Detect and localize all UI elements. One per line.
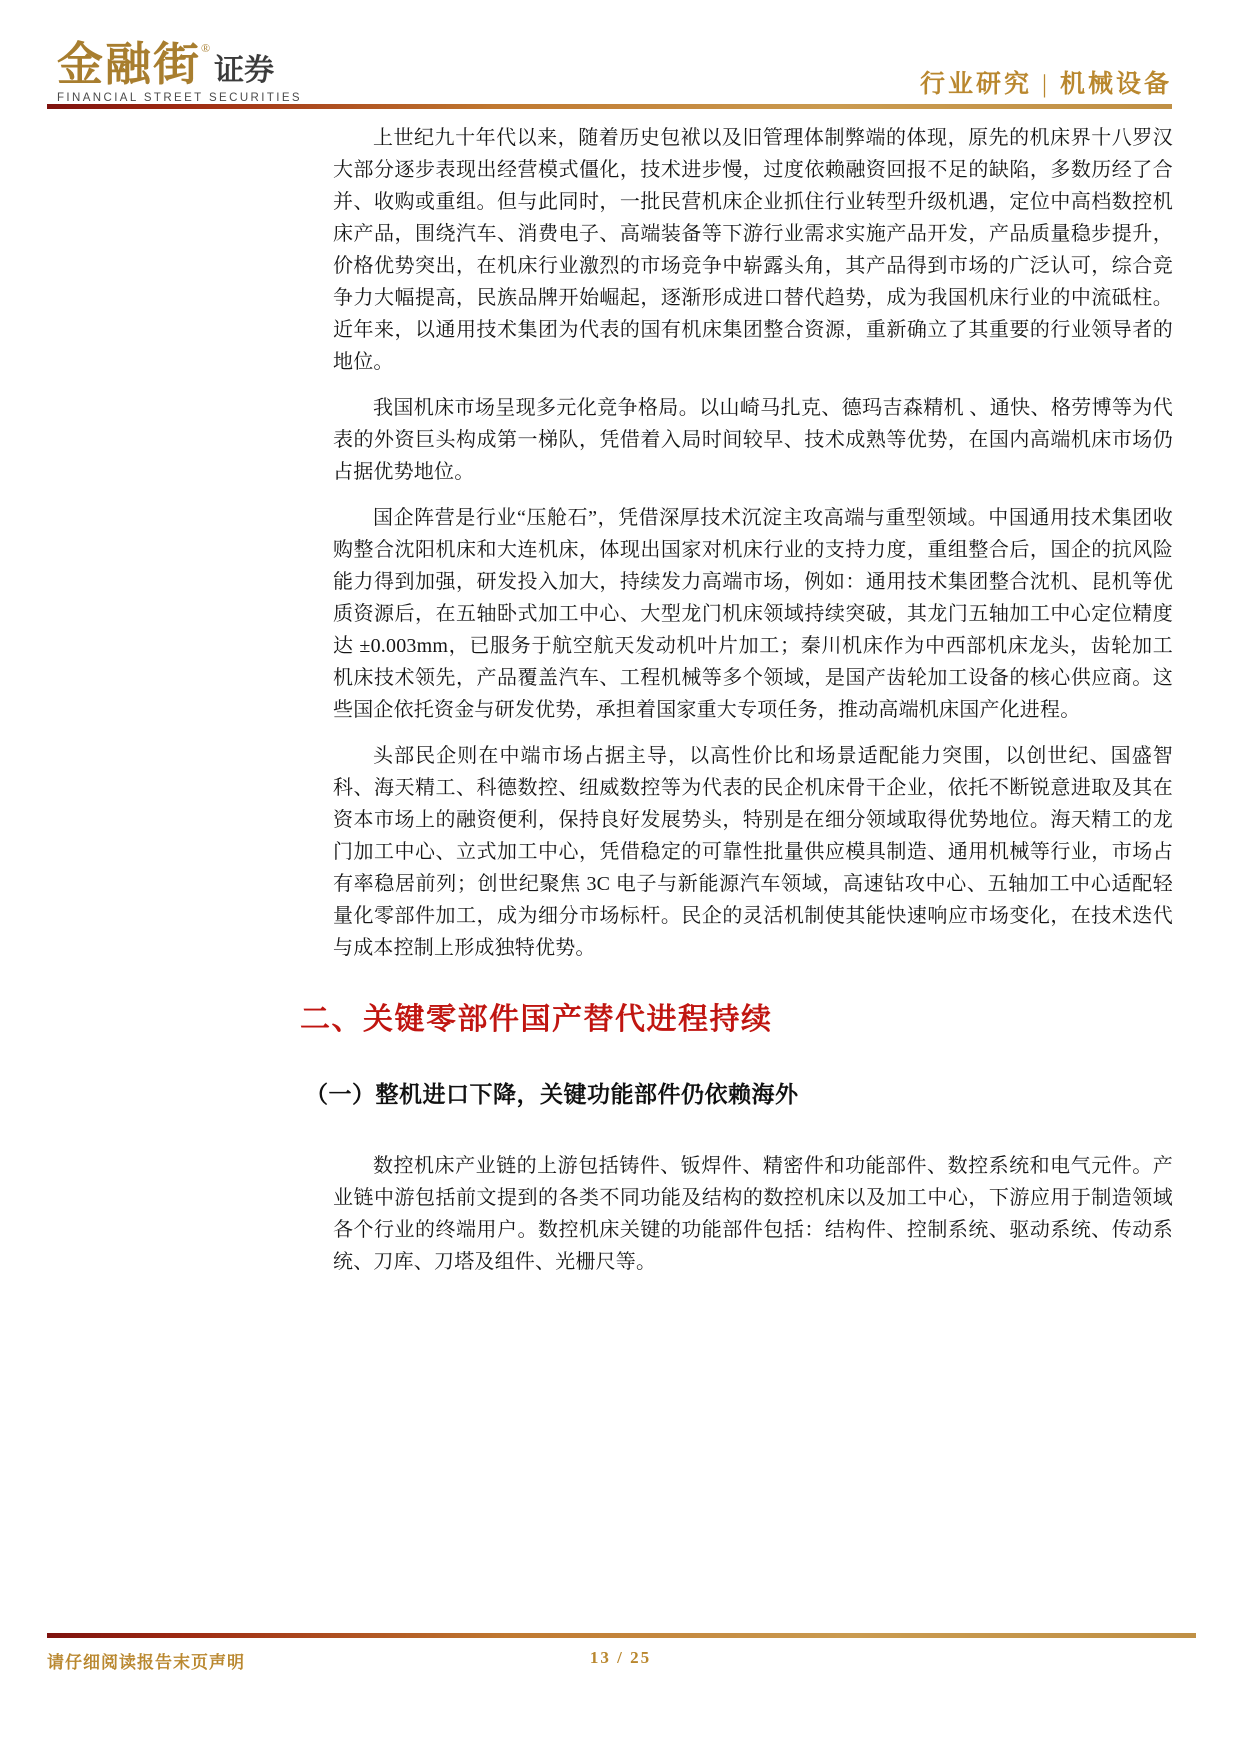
logo-text-cn: 金融街 xyxy=(57,39,201,90)
industry-label: 机械设备 xyxy=(1060,71,1172,98)
footer-divider-line xyxy=(47,1633,1196,1638)
category-divider: | xyxy=(1042,71,1050,98)
body-paragraph-2: 我国机床市场呈现多元化竞争格局。以山崎马扎克、德玛吉森精机 、通快、格劳博等为代… xyxy=(333,392,1173,488)
page-number: 13 / 25 xyxy=(0,1648,1241,1668)
body-paragraph-1: 上世纪九十年代以来，随着历史包袱以及旧管理体制弊端的体现，原先的机床界十八罗汉大… xyxy=(333,122,1173,378)
report-body: 上世纪九十年代以来，随着历史包袱以及旧管理体制弊端的体现，原先的机床界十八罗汉大… xyxy=(333,122,1173,1292)
body-paragraph-4: 头部民企则在中端市场占据主导，以高性价比和场景适配能力突围，以创世纪、国盛智科、… xyxy=(333,740,1173,964)
section-heading: 二、关键零部件国产替代进程持续 xyxy=(300,1000,1173,1040)
header-divider-line xyxy=(47,104,1172,109)
page-header: 金融街®证券 FINANCIAL STREET SECURITIES 行业研究|… xyxy=(57,42,1172,104)
logo-wordmark: 金融街®证券 xyxy=(57,42,302,88)
logo-text-en: FINANCIAL STREET SECURITIES xyxy=(57,92,302,104)
subsection-heading: （一）整机进口下降，关键功能部件仍依赖海外 xyxy=(305,1080,1173,1110)
report-page: 金融街®证券 FINANCIAL STREET SECURITIES 行业研究|… xyxy=(0,0,1241,1754)
body-paragraph-3: 国企阵营是行业“压舱石”，凭借深厚技术沉淀主攻高端与重型领域。中国通用技术集团收… xyxy=(333,502,1173,726)
registered-trademark-icon: ® xyxy=(201,41,210,55)
logo-text-suffix: 证券 xyxy=(214,54,274,87)
body-paragraph-5: 数控机床产业链的上游包括铸件、钣焊件、精密件和功能部件、数控系统和电气元件。产业… xyxy=(333,1150,1173,1278)
brand-logo: 金融街®证券 FINANCIAL STREET SECURITIES xyxy=(57,42,302,104)
category-label: 行业研究 xyxy=(920,71,1032,98)
report-category-header: 行业研究|机械设备 xyxy=(920,64,1172,104)
